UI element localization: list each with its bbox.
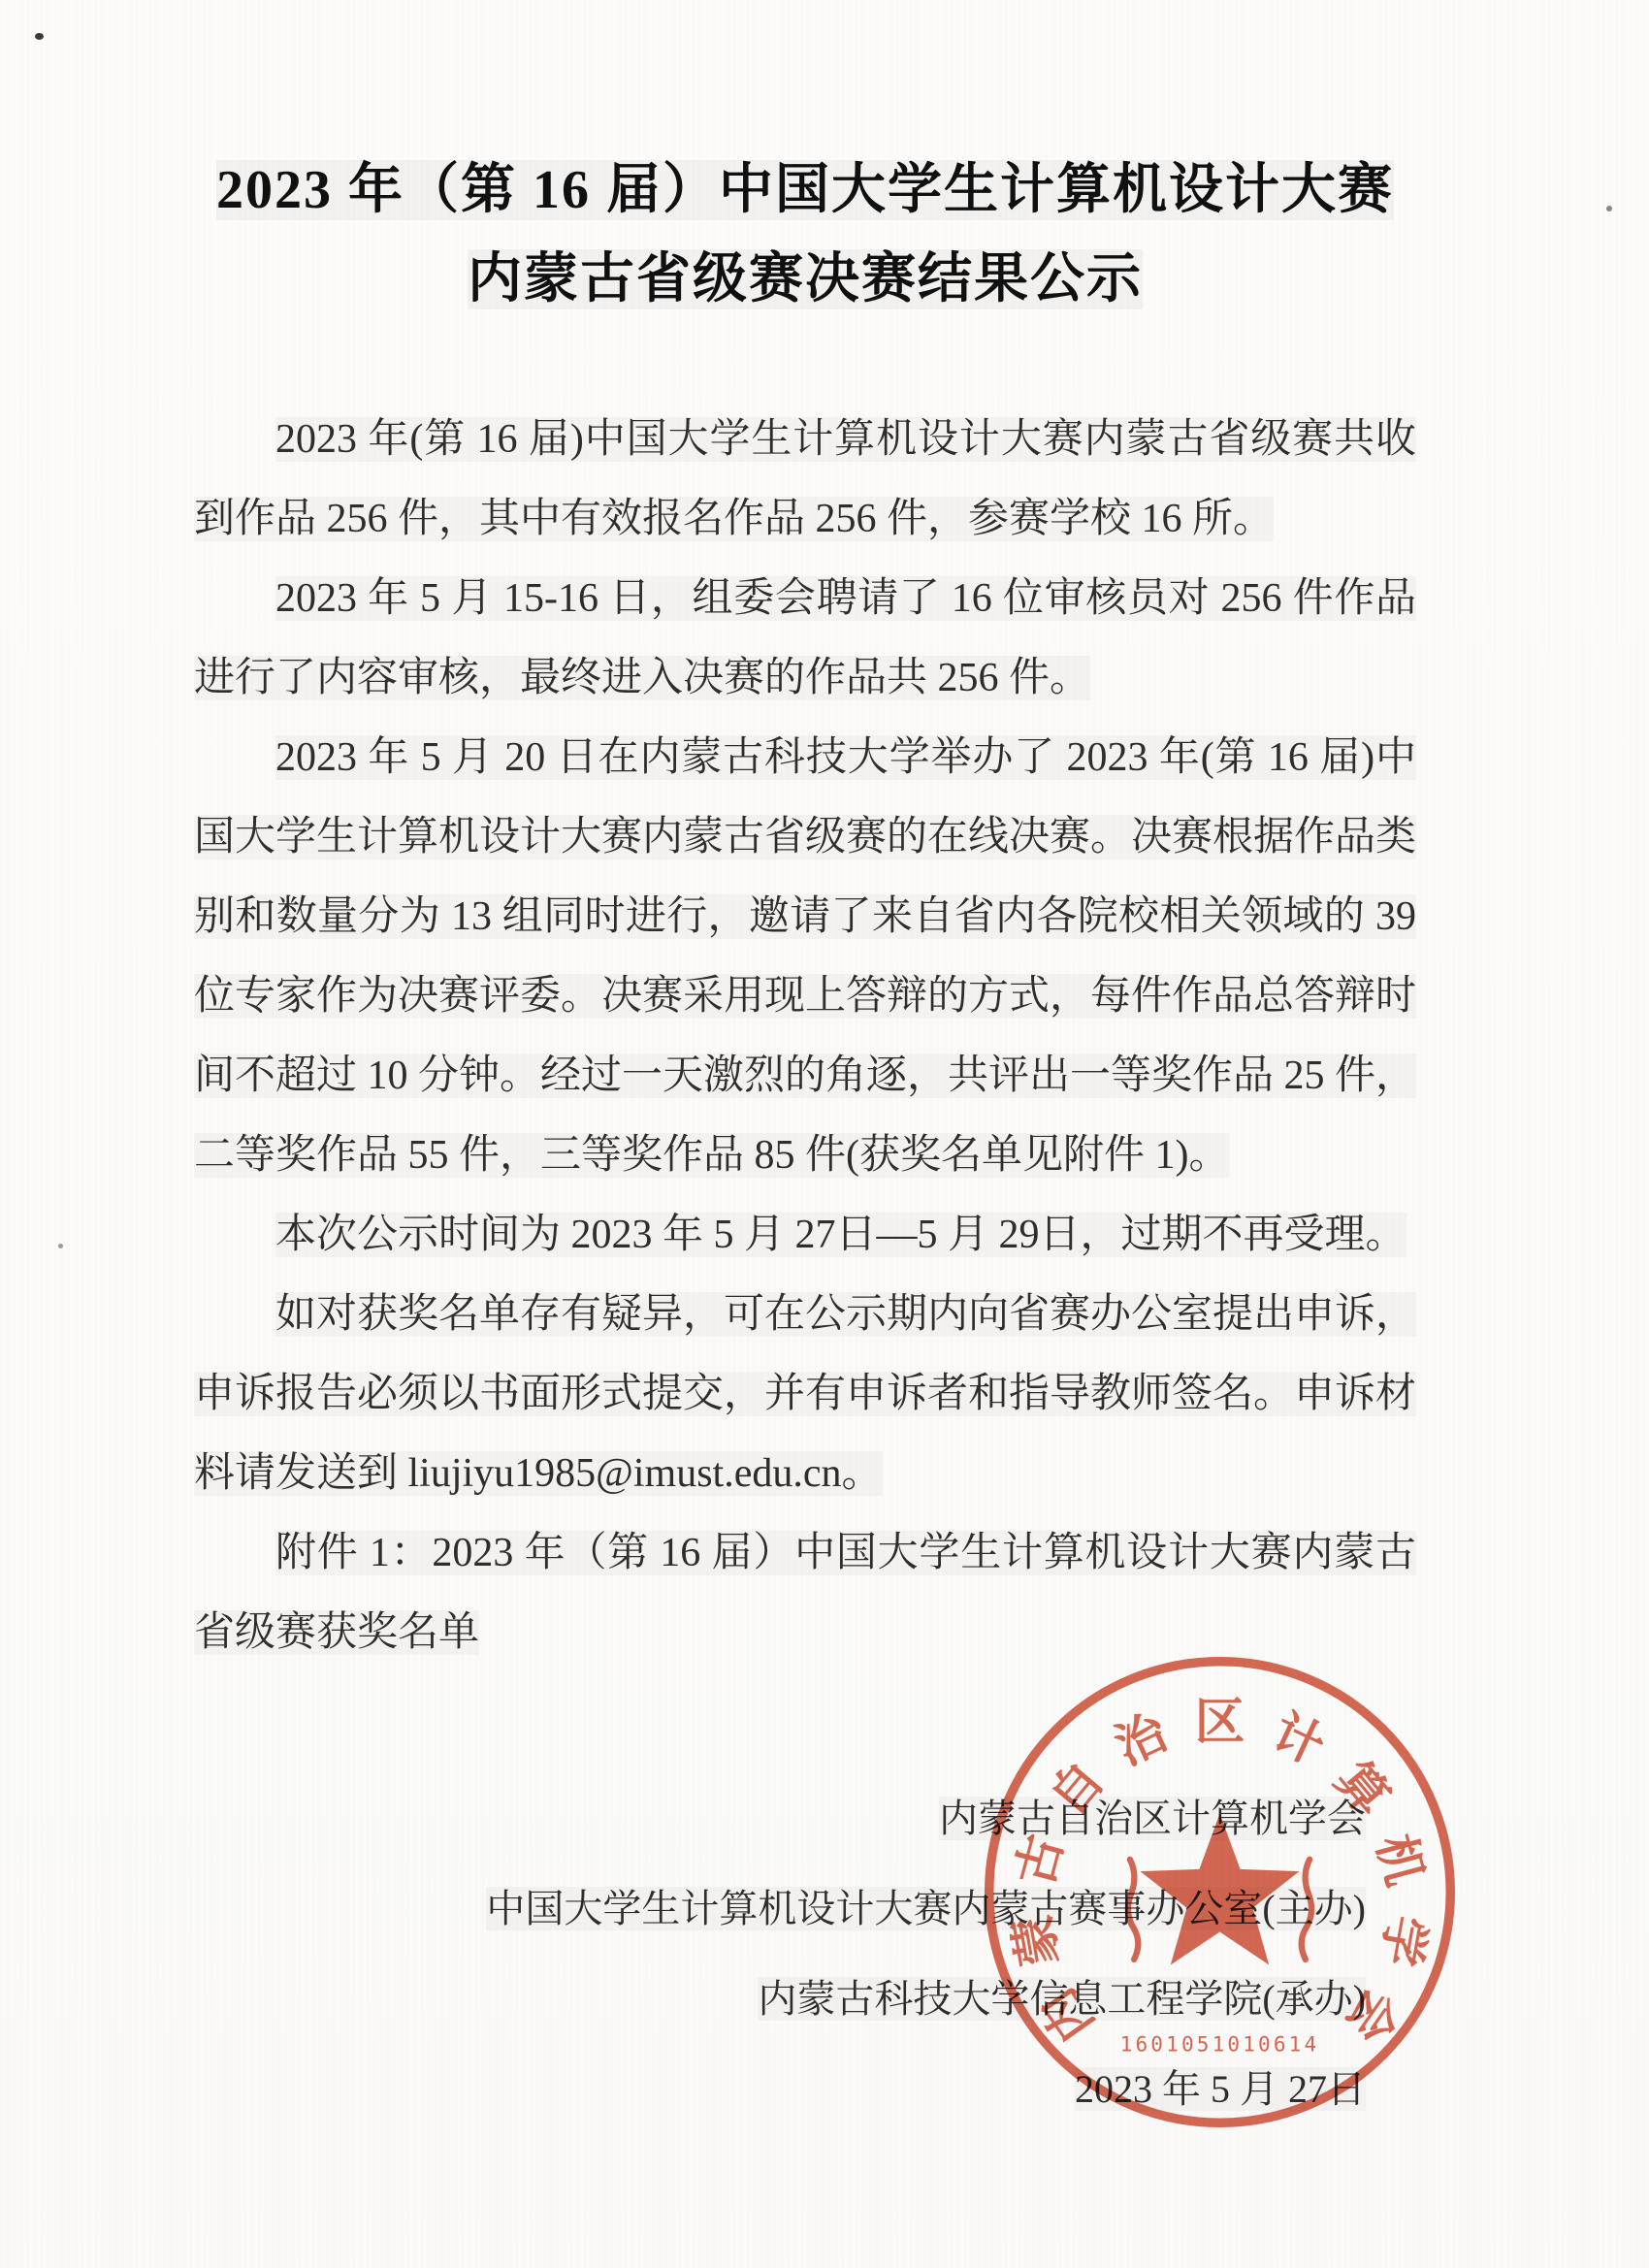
signature-organization-2: 中国大学生计算机设计大赛内蒙古赛事办公室(主办) — [194, 1863, 1366, 1954]
document-body: 2023 年(第 16 届)中国大学生计算机设计大赛内蒙古省级赛共收到作品 25… — [194, 400, 1416, 1672]
document-content: 2023 年（第 16 届）中国大学生计算机设计大赛 内蒙古省级赛决赛结果公示 … — [194, 146, 1416, 2134]
body-paragraph-4: 本次公示时间为 2023 年 5 月 27日—5 月 29日，过期不再受理。 — [194, 1195, 1416, 1275]
signature-block: 内蒙古自治区计算机学会 中国大学生计算机设计大赛内蒙古赛事办公室(主办) 内蒙古… — [194, 1773, 1416, 2134]
scanned-document-page: 2023 年（第 16 届）中国大学生计算机设计大赛 内蒙古省级赛决赛结果公示 … — [0, 0, 1649, 2268]
document-title-line-2: 内蒙古省级赛决赛结果公示 — [468, 249, 1143, 309]
body-paragraph-5: 如对获奖名单存有疑异，可在公示期内向省赛办公室提出申诉，申诉报告必须以书面形式提… — [194, 1275, 1416, 1513]
body-paragraph-3: 2023 年 5 月 20 日在内蒙古科技大学举办了 2023 年(第 16 届… — [194, 718, 1416, 1195]
document-title-line-1: 2023 年（第 16 届）中国大学生计算机设计大赛 — [216, 160, 1394, 220]
scan-artifact — [35, 33, 44, 40]
signature-date: 2023 年 5 月 27日 — [194, 2044, 1366, 2134]
scan-artifact — [58, 1244, 63, 1248]
document-title: 2023 年（第 16 届）中国大学生计算机设计大赛 内蒙古省级赛决赛结果公示 — [194, 146, 1416, 324]
scan-artifact — [1606, 206, 1612, 211]
signature-organization-3: 内蒙古科技大学信息工程学院(承办) — [194, 1954, 1366, 2044]
body-paragraph-2: 2023 年 5 月 15-16 日，组委会聘请了 16 位审核员对 256 件… — [194, 559, 1416, 718]
signature-organization-1: 内蒙古自治区计算机学会 — [194, 1773, 1366, 1863]
body-paragraph-6-attachment: 附件 1：2023 年（第 16 届）中国大学生计算机设计大赛内蒙古省级赛获奖名… — [194, 1513, 1416, 1672]
body-paragraph-1: 2023 年(第 16 届)中国大学生计算机设计大赛内蒙古省级赛共收到作品 25… — [194, 400, 1416, 559]
